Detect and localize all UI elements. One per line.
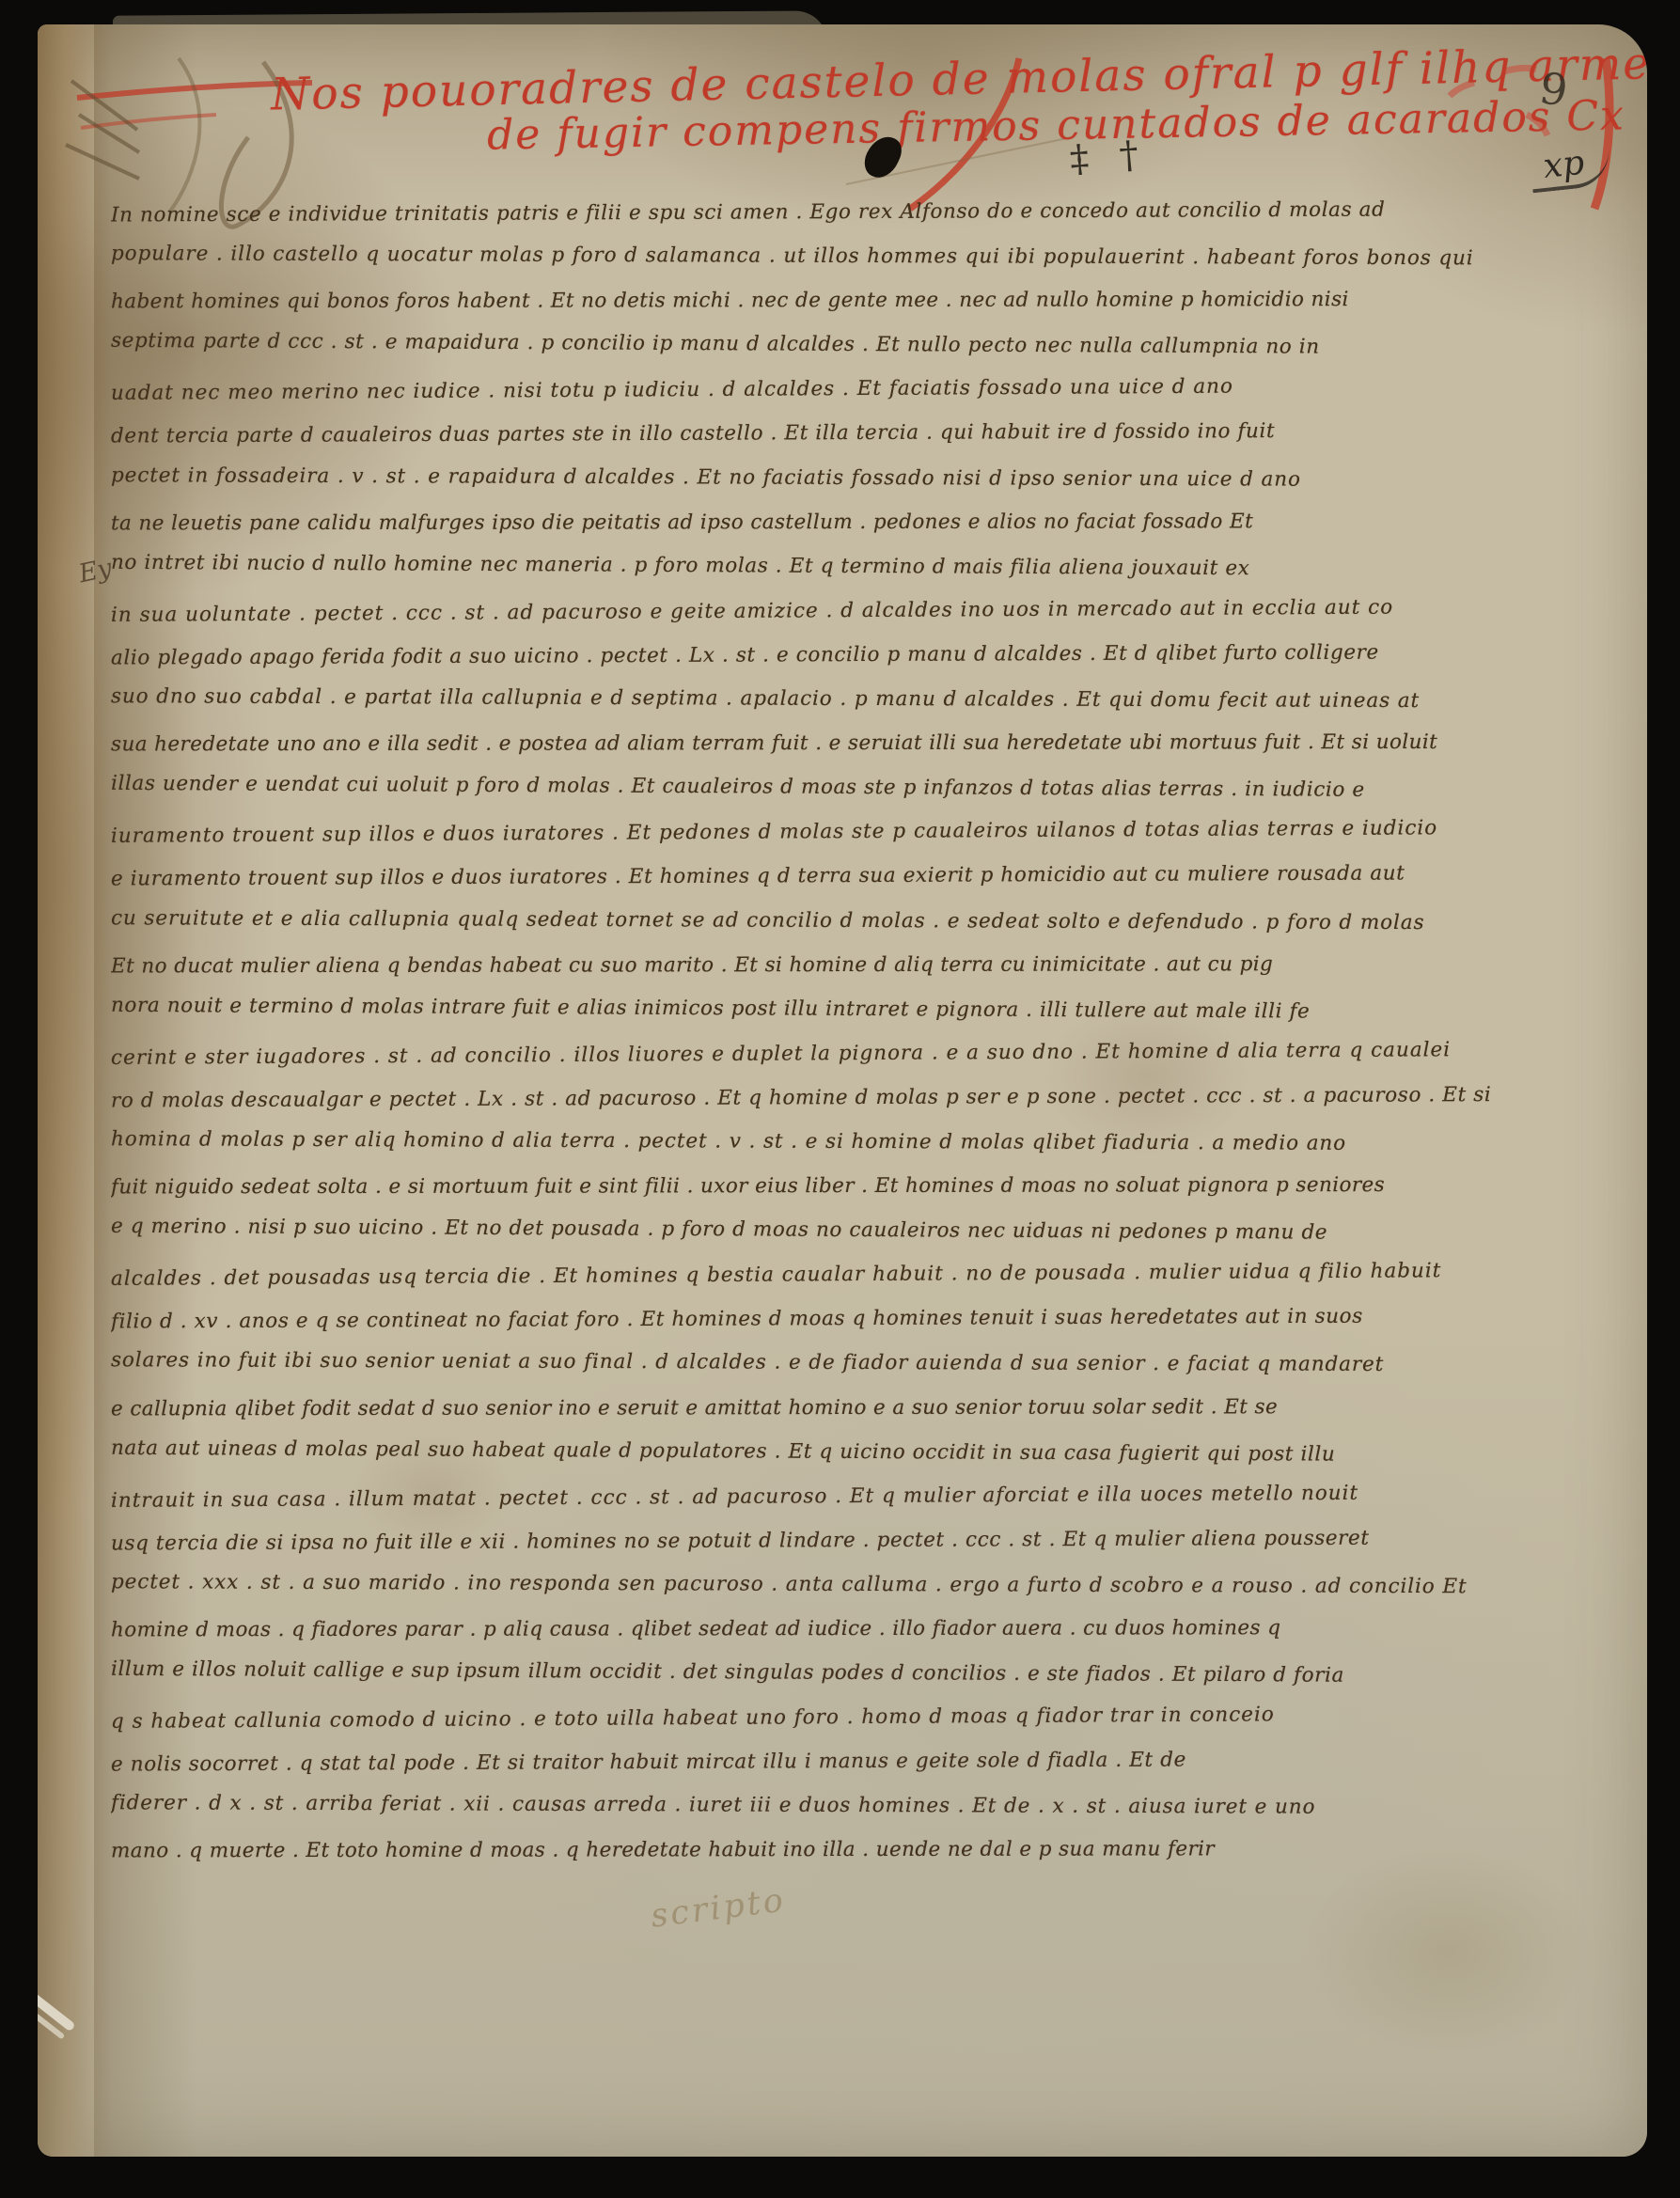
manuscript-line: alio plegado apago ferida fodit a suo ui… xyxy=(111,629,1615,680)
manuscript-line: homine d moas . q fiadores parar . p ali… xyxy=(111,1606,1615,1653)
manuscript-line: intrauit in sua casa . illum matat . pec… xyxy=(111,1469,1615,1523)
manuscript-line: ro d molas descaualgar e pectet . Lx . s… xyxy=(111,1072,1615,1123)
manuscript-line: in sua uoluntate . pectet . ccc . st . a… xyxy=(111,584,1615,637)
manuscript-line: habent homines qui bonos foros habent . … xyxy=(111,277,1615,324)
manuscript-line: populare . illo castello q uocatur molas… xyxy=(111,231,1615,281)
manuscript-line: homina d molas p ser aliq homino d alia … xyxy=(111,1117,1615,1167)
manuscript-line: mano . q muerte . Et toto homine d moas … xyxy=(111,1827,1615,1874)
manuscript-line: solares ino fuit ibi suo senior ueniat a… xyxy=(111,1339,1615,1389)
manuscript-text-block: In nomine sce e individue trinitatis pat… xyxy=(111,190,1615,1873)
manuscript-line: filio d . xv . anos e q se contineat no … xyxy=(111,1294,1615,1344)
manuscript-page: Nos pouoradres de castelo de molas ofral… xyxy=(38,24,1647,2157)
manuscript-line: dent tercia parte d caualeiros duas part… xyxy=(111,408,1615,459)
scripto-note: scripto xyxy=(649,1881,788,1935)
manuscript-line: fuit niguido sedeat solta . e si mortuum… xyxy=(111,1163,1615,1210)
manuscript-line: fiderer . d x . st . arriba feriat . xii… xyxy=(111,1782,1615,1831)
scan-background: Nos pouoradres de castelo de molas ofral… xyxy=(0,0,1680,2198)
manuscript-line: Et no ducat mulier aliena q bendas habea… xyxy=(111,941,1615,988)
manuscript-line: pectet . xxx . st . a suo marido . ino r… xyxy=(111,1560,1615,1609)
manuscript-line: suo dno suo cabdal . e partat illa callu… xyxy=(111,674,1615,724)
manuscript-line: cu seruitute et e alia callupnia qualq s… xyxy=(111,896,1615,946)
manuscript-line: ta ne leuetis pane calidu malfurges ipso… xyxy=(111,498,1615,545)
manuscript-line: cerint e ster iugadores . st . ad concil… xyxy=(111,1027,1615,1080)
manuscript-line: pectet in fossadeira . v . st . e rapaid… xyxy=(111,453,1615,503)
quire-mark: xp xyxy=(1529,141,1613,194)
manuscript-line: e nolis socorret . q stat tal pode . Et … xyxy=(111,1736,1615,1787)
manuscript-line: In nomine sce e individue trinitatis pat… xyxy=(111,187,1615,238)
manuscript-line: usq tercia die si ipsa no fuit ille e xi… xyxy=(111,1515,1615,1565)
cross-mark: ‡ † xyxy=(1068,133,1149,181)
manuscript-line: e iuramento trouent sup illos e duos iur… xyxy=(111,851,1615,902)
manuscript-line: sua heredetate uno ano e illa sedit . e … xyxy=(111,720,1615,767)
manuscript-line: e callupnia qlibet fodit sedat d suo sen… xyxy=(111,1384,1615,1431)
